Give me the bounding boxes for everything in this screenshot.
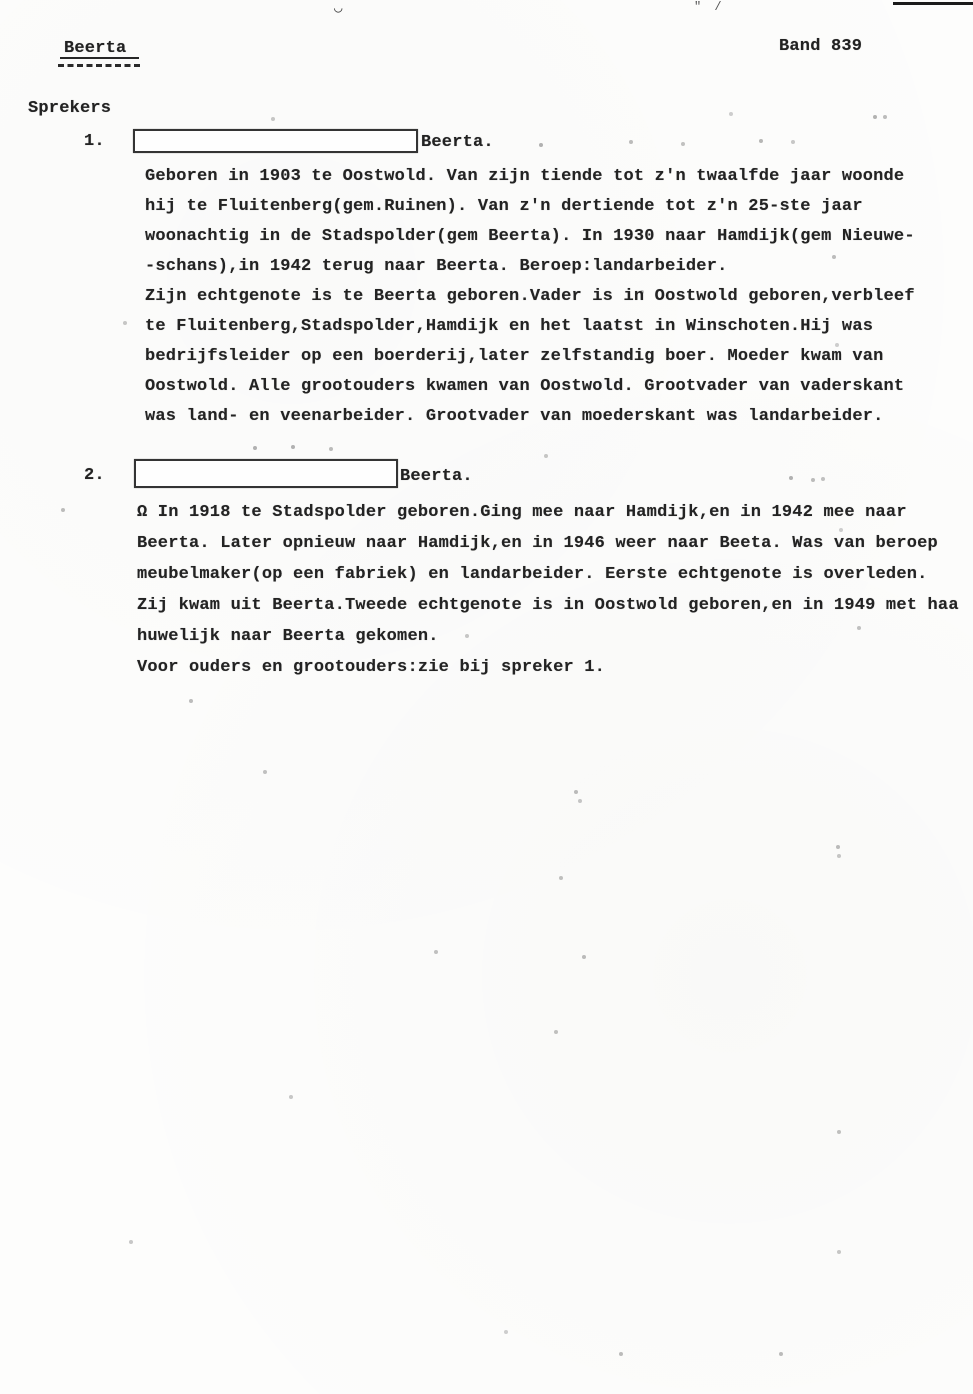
scan-edge-mark xyxy=(893,2,973,5)
speaker-2-biography: Ω In 1918 te Stadspolder geboren.Ging me… xyxy=(137,497,959,683)
speaker-2-redacted-name-box xyxy=(134,459,398,488)
scanned-document-page: ◡ ″ / Beerta Band 839 Sprekers 1. Beerta… xyxy=(0,0,973,1394)
speaker-1-number: 1. xyxy=(84,132,105,151)
speaker-2-place-label: Beerta. xyxy=(400,467,473,486)
text-line: hij te Fluitenberg(gem.Ruinen). Van z'n … xyxy=(145,192,915,222)
band-label: Band 839 xyxy=(779,37,862,56)
text-line: Voor ouders en grootouders:zie bij sprek… xyxy=(137,652,959,683)
text-line: meubelmaker(op een fabriek) en landarbei… xyxy=(137,559,959,590)
page-title: Beerta xyxy=(64,39,126,58)
title-underline xyxy=(60,57,139,59)
text-line: Zij kwam uit Beerta.Tweede echtgenote is… xyxy=(137,590,959,621)
text-line: huwelijk naar Beerta gekomen. xyxy=(137,621,959,652)
text-line: Ω In 1918 te Stadspolder geboren.Ging me… xyxy=(137,497,959,528)
text-line: Beerta. Later opnieuw naar Hamdijk,en in… xyxy=(137,528,959,559)
scan-squiggle-mark: ◡ xyxy=(334,0,342,17)
speaker-2-number: 2. xyxy=(84,466,105,485)
speaker-1-biography: Geboren in 1903 te Oostwold. Van zijn ti… xyxy=(145,162,915,432)
text-line: bedrijfsleider op een boerderij,later ze… xyxy=(145,342,915,372)
speaker-1-place-label: Beerta. xyxy=(421,133,494,152)
scan-noise-specks xyxy=(0,0,2,2)
title-dashed-underline xyxy=(58,64,140,67)
text-line: was land- en veenarbeider. Grootvader va… xyxy=(145,402,915,432)
text-line: -schans),in 1942 terug naar Beerta. Bero… xyxy=(145,252,915,282)
scan-corner-marks: ″ / xyxy=(694,0,725,14)
text-line: te Fluitenberg,Stadspolder,Hamdijk en he… xyxy=(145,312,915,342)
text-line: Geboren in 1903 te Oostwold. Van zijn ti… xyxy=(145,162,915,192)
speaker-1-redacted-name-box xyxy=(133,129,418,153)
text-line: woonachtig in de Stadspolder(gem Beerta)… xyxy=(145,222,915,252)
section-heading: Sprekers xyxy=(28,99,111,118)
text-line: Oostwold. Alle grootouders kwamen van Oo… xyxy=(145,372,915,402)
text-line: Zijn echtgenote is te Beerta geboren.Vad… xyxy=(145,282,915,312)
